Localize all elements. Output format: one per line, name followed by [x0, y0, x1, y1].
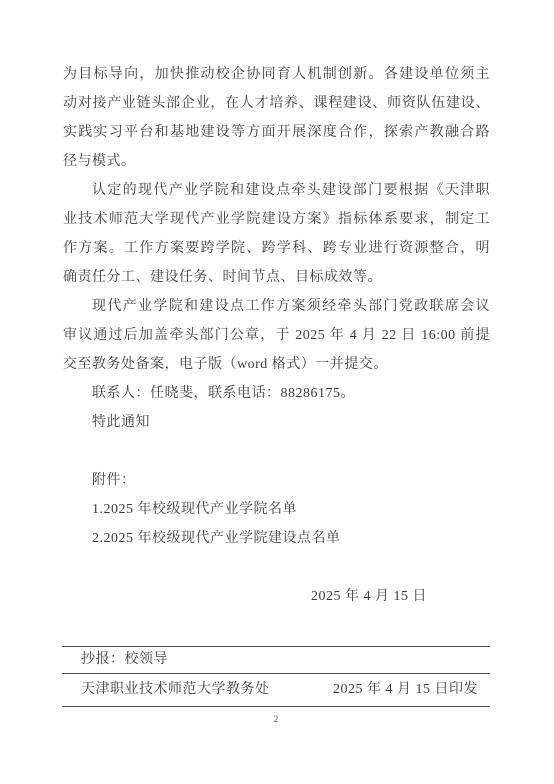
attachment-heading: 附件： — [63, 466, 490, 495]
print-date-label: 2025 年 4 月 15 日印发 — [333, 674, 478, 706]
page-number: 2 — [62, 712, 490, 726]
document-page: 为目标导向，加快推动校企协同育人机制创新。各建设单位须主 动对接产业链头部企业，… — [0, 0, 554, 784]
body-line: 业技术师范大学现代产业学院建设方案》指标体系要求，制定工 — [63, 205, 490, 234]
issuer-label: 天津职业技术师范大学教务处 — [81, 674, 270, 706]
contact-line: 联系人：任晓斐，联系电话：88286175。 — [63, 379, 490, 408]
body-line: 认定的现代产业学院和建设点牵头建设部门要根据《天津职 — [63, 176, 490, 205]
copy-to-row: 抄报：校领导 — [62, 647, 490, 673]
date-line: 2025 年 4 月 15 日 — [63, 582, 490, 611]
body-line: 作方案。工作方案要跨学院、跨学科、跨专业进行资源整合，明 — [63, 234, 490, 263]
blank-line — [63, 437, 490, 466]
body-line: 审议通过后加盖牵头部门公章，于 2025 年 4 月 22 日 16:00 前提 — [63, 321, 490, 350]
body-line: 动对接产业链头部企业，在人才培养、课程建设、师资队伍建设、 — [63, 89, 490, 118]
blank-line — [63, 553, 490, 582]
body-line: 确责任分工、建设任务、时间节点、目标成效等。 — [63, 263, 490, 292]
body-line: 为目标导向，加快推动校企协同育人机制创新。各建设单位须主 — [63, 60, 490, 89]
divider-rule — [62, 706, 490, 707]
document-body: 为目标导向，加快推动校企协同育人机制创新。各建设单位须主 动对接产业链头部企业，… — [63, 60, 490, 611]
notice-closing-line: 特此通知 — [63, 408, 490, 437]
body-line: 实践实习平台和基地建设等方面开展深度合作，探索产教融合路 — [63, 118, 490, 147]
issuer-row: 天津职业技术师范大学教务处 2025 年 4 月 15 日印发 — [62, 674, 490, 706]
body-line: 径与模式。 — [63, 147, 490, 176]
copy-to-label: 抄报：校领导 — [81, 652, 168, 667]
body-line: 交至教务处备案，电子版（word 格式）一并提交。 — [63, 350, 490, 379]
body-line: 现代产业学院和建设点工作方案须经牵头部门党政联席会议 — [63, 292, 490, 321]
attachment-item-2: 2.2025 年校级现代产业学院建设点名单 — [63, 524, 490, 553]
document-footer: 抄报：校领导 天津职业技术师范大学教务处 2025 年 4 月 15 日印发 — [62, 646, 490, 707]
attachment-item-1: 1.2025 年校级现代产业学院名单 — [63, 495, 490, 524]
